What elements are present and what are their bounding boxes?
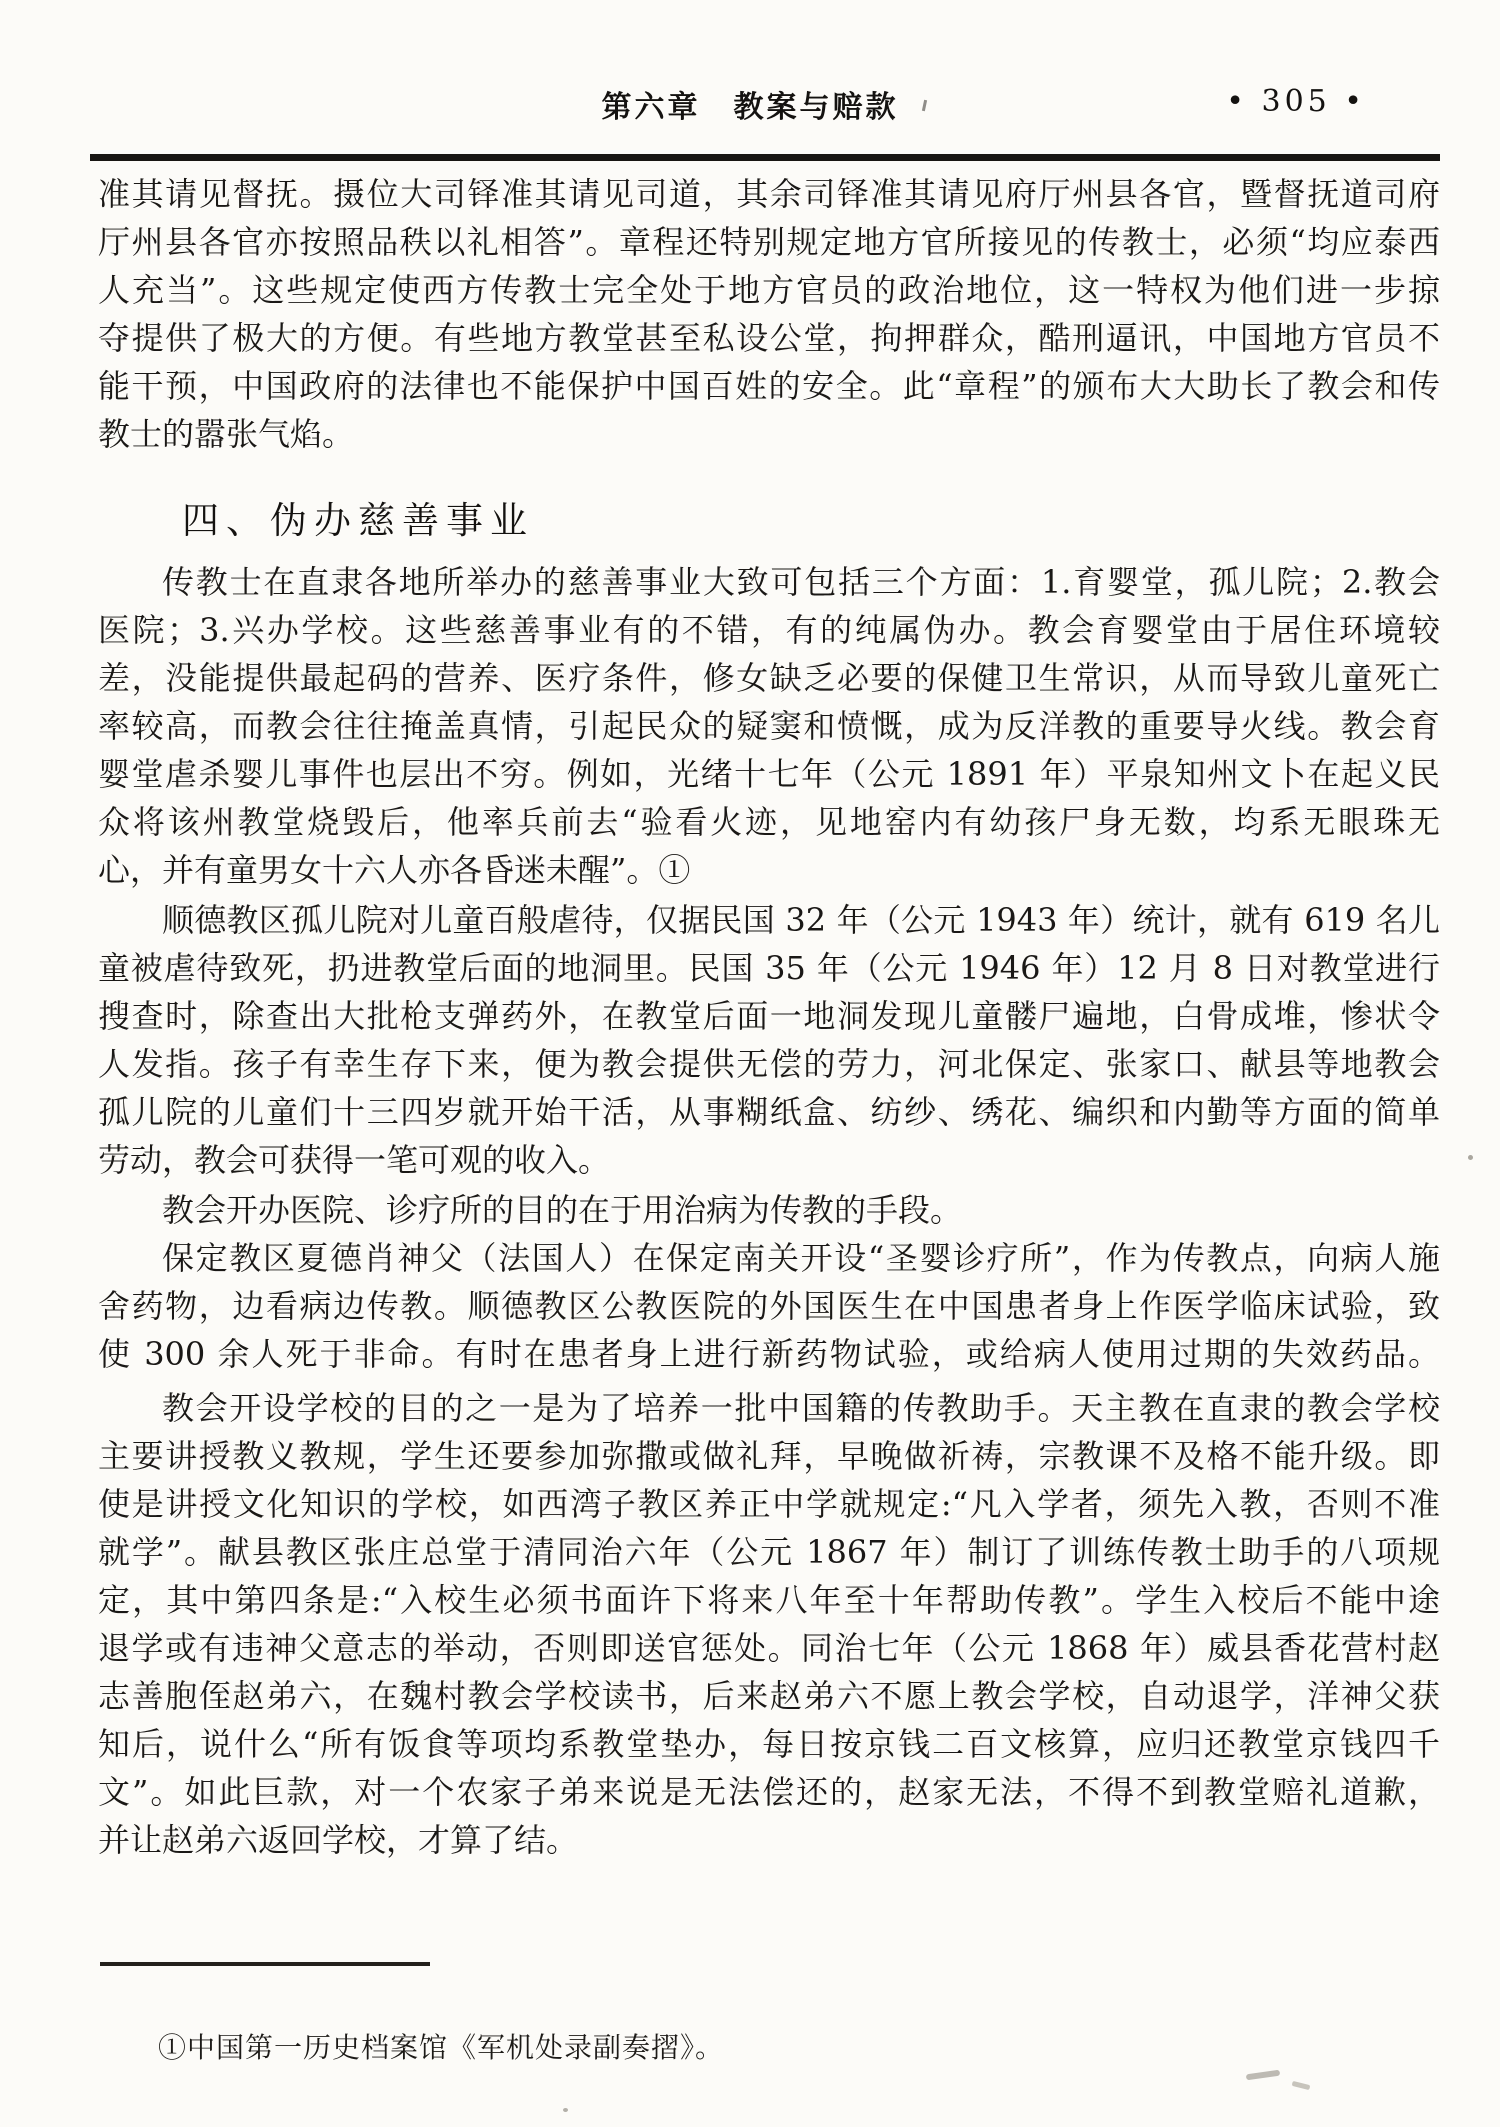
scan-artifact (563, 2108, 568, 2112)
text-line: 众将该州教堂烧毁后，他率兵前去“验看火迹，见地窑内有幼孩尸身无数，均系无眼珠无 (98, 798, 1440, 846)
text-line: 劳动，教会可获得一笔可观的收入。 (98, 1136, 1440, 1184)
text-line: 心，并有童男女十六人亦各昏迷未醒”。① (98, 846, 1440, 894)
text-line: 知后，说什么“所有饭食等项均系教堂垫办，每日按京钱二百文核算，应归还教堂京钱四千 (98, 1720, 1440, 1768)
text-line: 童被虐待致死，扔进教堂后面的地洞里。民国 35 年（公元 1946 年）12 月… (98, 944, 1440, 992)
text-line: 能干预，中国政府的法律也不能保护中国百姓的安全。此“章程”的颁布大大助长了教会和… (98, 362, 1440, 410)
scan-artifact (1292, 2081, 1311, 2090)
paragraph-6: 教会开设学校的目的之一是为了培养一批中国籍的传教助手。天主教在直隶的教会学校 主… (98, 1384, 1440, 1864)
text-line: 就学”。献县教区张庄总堂于清同治六年（公元 1867 年）制订了训练传教士助手的… (98, 1528, 1440, 1576)
text-line: 孤儿院的儿童们十三四岁就开始干活，从事糊纸盒、纺纱、绣花、编织和内勤等方面的简单 (98, 1088, 1440, 1136)
text-line: 教士的嚣张气焰。 (98, 410, 1440, 458)
text-line: 顺德教区孤儿院对儿童百般虐待，仅据民国 32 年（公元 1943 年）统计，就有… (98, 896, 1440, 944)
text-line: 传教士在直隶各地所举办的慈善事业大致可包括三个方面：1.育婴堂，孤儿院；2.教会 (98, 558, 1440, 606)
paragraph-4: 教会开办医院、诊疗所的目的在于用治病为传教的手段。 (98, 1186, 1440, 1234)
scan-artifact (1468, 1155, 1473, 1160)
paragraph-2: 传教士在直隶各地所举办的慈善事业大致可包括三个方面：1.育婴堂，孤儿院；2.教会… (98, 558, 1440, 894)
text-line: 舍药物，边看病边传教。顺德教区公教医院的外国医生在中国患者身上作医学临床试验，致 (98, 1282, 1440, 1330)
text-line: 定，其中第四条是:“入校生必须书面许下将来八年至十年帮助传教”。学生入校后不能中… (98, 1576, 1440, 1624)
text-line: 率较高，而教会往往掩盖真情，引起民众的疑窦和愤慨，成为反洋教的重要导火线。教会育 (98, 702, 1440, 750)
text-line: 志善胞侄赵弟六，在魏村教会学校读书，后来赵弟六不愿上教会学校，自动退学，洋神父获 (98, 1672, 1440, 1720)
text-line: 人充当”。这些规定使西方传教士完全处于地方官员的政治地位，这一特权为他们进一步掠 (98, 266, 1440, 314)
text-line: 婴堂虐杀婴儿事件也层出不穷。例如，光绪十七年（公元 1891 年）平泉知州文卜在… (98, 750, 1440, 798)
text-line: 医院；3.兴办学校。这些慈善事业有的不错，有的纯属伪办。教会育婴堂由于居住环境较 (98, 606, 1440, 654)
text-line: 退学或有违神父意志的举动，否则即送官惩处。同治七年（公元 1868 年）威县香花… (98, 1624, 1440, 1672)
book-page: 第六章 教案与赔款 • 305 • 准其请见督抚。摄位大司铎准其请见司道，其余司… (0, 0, 1500, 2127)
paragraph-5: 保定教区夏德肖神父（法国人）在保定南关开设“圣婴诊疗所”，作为传教点，向病人施 … (98, 1234, 1440, 1378)
text-line: 使 300 余人死于非命。有时在患者身上进行新药物试验，或给病人使用过期的失效药… (98, 1330, 1440, 1378)
text-line: 使是讲授文化知识的学校，如西湾子教区养正中学就规定:“凡入学者，须先入教，否则不… (98, 1480, 1440, 1528)
text-line: 差，没能提供最起码的营养、医疗条件，修女缺乏必要的保健卫生常识，从而导致儿童死亡 (98, 654, 1440, 702)
scan-artifact (1246, 2070, 1281, 2081)
text-line: 文”。如此巨款，对一个农家子弟来说是无法偿还的，赵家无法，不得不到教堂赔礼道歉， (98, 1768, 1440, 1816)
paragraph-3: 顺德教区孤儿院对儿童百般虐待，仅据民国 32 年（公元 1943 年）统计，就有… (98, 896, 1440, 1184)
text-line: 夺提供了极大的方便。有些地方教堂甚至私设公堂，拘押群众，酷刑逼讯，中国地方官员不 (98, 314, 1440, 362)
text-line: 教会开办医院、诊疗所的目的在于用治病为传教的手段。 (98, 1186, 1440, 1234)
text-line: 教会开设学校的目的之一是为了培养一批中国籍的传教助手。天主教在直隶的教会学校 (98, 1384, 1440, 1432)
text-line: 保定教区夏德肖神父（法国人）在保定南关开设“圣婴诊疗所”，作为传教点，向病人施 (98, 1234, 1440, 1282)
text-line: 搜查时，除查出大批枪支弹药外，在教堂后面一地洞发现儿童髅尸遍地，白骨成堆，惨状令 (98, 992, 1440, 1040)
text-line: 主要讲授教义教规，学生还要参加弥撒或做礼拜，早晚做祈祷，宗教课不及格不能升级。即 (98, 1432, 1440, 1480)
footnote-separator (100, 1962, 430, 1966)
paragraph-1: 准其请见督抚。摄位大司铎准其请见司道，其余司铎准其请见府厅州县各官，暨督抚道司府… (98, 170, 1440, 458)
text-line: 人发指。孩子有幸生存下来，便为教会提供无偿的劳力，河北保定、张家口、献县等地教会 (98, 1040, 1440, 1088)
text-line: 准其请见督抚。摄位大司铎准其请见司道，其余司铎准其请见府厅州县各官，暨督抚道司府 (98, 170, 1440, 218)
header-rule (90, 154, 1440, 161)
page-number: • 305 • (1226, 84, 1366, 119)
footnote-text: ①中国第一历史档案馆《军机处录副奏摺》。 (158, 2028, 1358, 2068)
section-heading: 四、伪办慈善事业 (98, 494, 1500, 548)
text-line: 厅州县各官亦按照品秩以礼相答”。章程还特别规定地方官所接见的传教士，必须“均应泰… (98, 218, 1440, 266)
text-line: 并让赵弟六返回学校，才算了结。 (98, 1816, 1440, 1864)
